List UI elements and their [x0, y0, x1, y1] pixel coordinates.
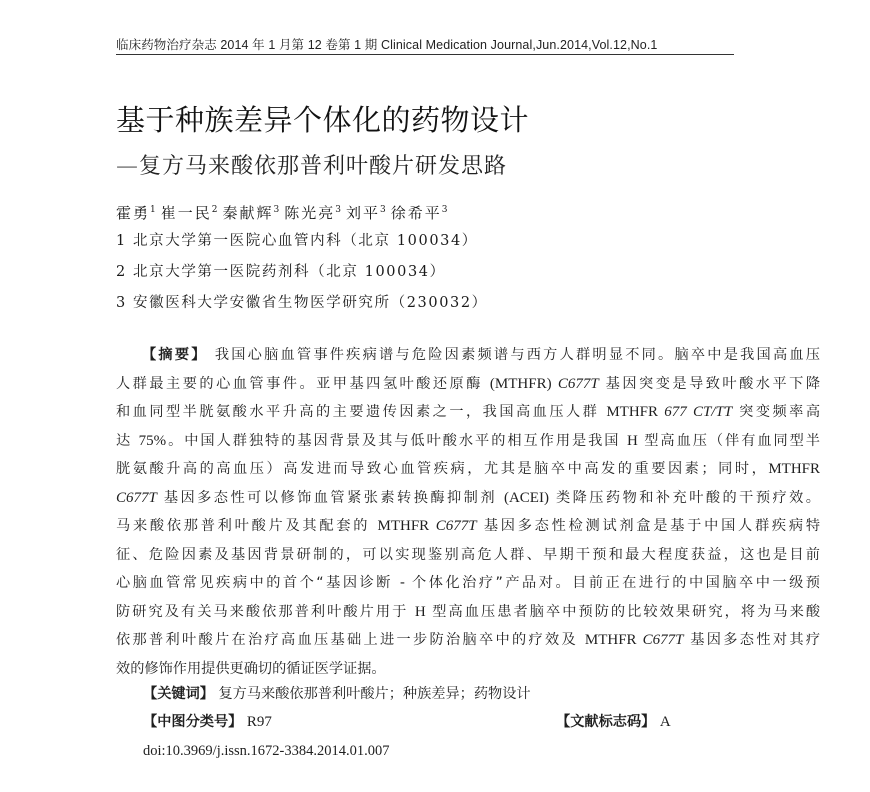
abstract-text: 基因突变是导致叶酸水平下降 — [599, 376, 820, 392]
abstract-text: 防研究及有关马来酸依那普利叶酸片用于 — [116, 604, 415, 620]
abstract-text: 。中国人群独特的基因背景及其与低叶酸水平的相互作用是我国 — [166, 433, 627, 449]
author: 秦献辉3 — [223, 204, 285, 222]
article-title: 基于种族差异个体化的药物设计 — [116, 102, 529, 138]
abstract-text: 和血同型半胱氨酸水平升高的主要遗传因素之一，我国高血压人群 — [116, 404, 606, 420]
abstract-text: 人群最主要的心血管事件。亚甲基四氢叶酸还原酶 — [116, 376, 490, 392]
gene-symbol: C677T — [436, 518, 477, 534]
classification-label: 【中图分类号】 — [143, 714, 242, 730]
article-subtitle: —复方马来酸依那普利叶酸片研发思路 — [116, 152, 507, 182]
classification-value: R97 — [247, 714, 272, 730]
abstract-text: 征、危险因素及基因背景研制的，可以实现鉴别高危人群、早期干预和最大程度获益，这也… — [116, 547, 820, 563]
abstract-line: 征、危险因素及基因背景研制的，可以实现鉴别高危人群、早期干预和最大程度获益，这也… — [116, 541, 820, 570]
document-code-value: A — [660, 714, 671, 730]
abstract-text: MTHFR — [377, 518, 435, 534]
abstract-line: 马来酸依那普利叶酸片及其配套的 MTHFR C677T 基因多态性检测试剂盒是基… — [116, 512, 820, 541]
abstract-text: 基因多态性可以修饰血管紧张素转换酶抑制剂 — [157, 490, 504, 506]
abstract-line: 依那普利叶酸片在治疗高血压基础上进一步防治脑卒中的疗效及 MTHFR C677T… — [116, 626, 820, 655]
abstract-text: MTHFR — [585, 632, 643, 648]
affiliation-marker: 2 — [212, 205, 218, 215]
abstract-line: 效的修饰作用提供更确切的循证医学证据。 — [116, 655, 820, 684]
gene-symbol: C677T — [116, 490, 157, 506]
abstract-line: 【摘要】 我国心脑血管事件疾病谱与危险因素频谱与西方人群明显不同。脑卒中是我国高… — [116, 341, 820, 370]
abstract-text: 我国心脑血管事件疾病谱与危险因素频谱与西方人群明显不同。脑卒中是我国高血压 — [215, 347, 820, 363]
abstract-text: 依那普利叶酸片在治疗高血压基础上进一步防治脑卒中的疗效及 — [116, 632, 585, 648]
abstract-text: 基因多态性对其疗 — [683, 632, 820, 648]
gene-symbol: C677T — [558, 376, 599, 392]
keywords-value: 复方马来酸依那普利叶酸片；种族差异；药物设计 — [218, 686, 530, 702]
document-code-label: 【文献标志码】 — [556, 714, 655, 730]
gene-symbol: C677T — [643, 632, 684, 648]
affiliation-2: 2 北京大学第一医院药剂科（北京 100034） — [116, 262, 446, 282]
abstract-label: 【摘要】 — [142, 347, 215, 363]
abstract: 【摘要】 我国心脑血管事件疾病谱与危险因素频谱与西方人群明显不同。脑卒中是我国高… — [116, 341, 820, 683]
header-rule — [116, 54, 734, 55]
journal-name-en: Clinical Medication Journal,Jun.2014,Vol… — [381, 38, 658, 52]
abstract-text: 75% — [139, 433, 167, 449]
abstract-line: C677T 基因多态性可以修饰血管紧张素转换酶抑制剂 (ACEI) 类降压药物和… — [116, 484, 820, 513]
doi: doi:10.3969/j.issn.1672-3384.2014.01.007 — [143, 741, 390, 761]
affiliation-marker: 1 — [150, 205, 156, 215]
affiliation-marker: 3 — [335, 205, 341, 215]
abstract-text: H — [627, 433, 638, 449]
author-list: 霍勇1崔一民2秦献辉3陈光亮3刘平3徐希平3 — [116, 199, 453, 224]
abstract-text: 突变频率高 — [732, 404, 820, 420]
abstract-text: MTHFR — [606, 404, 664, 420]
author: 霍勇1 — [116, 204, 161, 222]
abstract-text: 效的修饰作用提供更确切的循证医学证据。 — [116, 661, 386, 677]
keywords-label: 【关键词】 — [143, 686, 214, 702]
abstract-text: 基因多态性检测试剂盒是基于中国人群疾病特 — [477, 518, 820, 534]
affiliation-3: 3 安徽医科大学安徽省生物医学研究所（230032） — [116, 293, 488, 313]
abstract-line: 和血同型半胱氨酸水平升高的主要遗传因素之一，我国高血压人群 MTHFR 677 … — [116, 398, 820, 427]
abstract-line: 人群最主要的心血管事件。亚甲基四氢叶酸还原酶 (MTHFR) C677T 基因突… — [116, 370, 820, 399]
author: 陈光亮3 — [284, 204, 346, 222]
abstract-text: 马来酸依那普利叶酸片及其配套的 — [116, 518, 377, 534]
abstract-text: MTHFR — [768, 461, 820, 477]
abstract-line: 心脑血管常见疾病中的首个“基因诊断 - 个体化治疗”产品对。目前正在进行的中国脑… — [116, 569, 820, 598]
running-header: 临床药物治疗杂志 2014 年 1 月第 12 卷第 1 期 Clinical … — [116, 37, 734, 53]
document-code: 【文献标志码】 A — [556, 712, 671, 732]
affiliation-1: 1 北京大学第一医院心血管内科（北京 100034） — [116, 231, 478, 251]
abstract-text: 类降压药物和补充叶酸的干预疗效。 — [549, 490, 820, 506]
author: 徐希平3 — [391, 204, 453, 222]
gene-symbol: 677 CT/TT — [664, 404, 732, 420]
abstract-line: 防研究及有关马来酸依那普利叶酸片用于 H 型高血压患者脑卒中预防的比较效果研究，… — [116, 598, 820, 627]
abstract-text: 达 — [116, 433, 139, 449]
abstract-text: H — [415, 604, 426, 620]
abstract-line: 胱氨酸升高的高血压）高发进而导致心血管疾病，尤其是脑卒中高发的重要因素；同时，M… — [116, 455, 820, 484]
affiliation-marker: 3 — [274, 205, 280, 215]
abstract-text: 型高血压（伴有血同型半 — [638, 433, 820, 449]
abstract-text: 型高血压患者脑卒中预防的比较效果研究，将为马来酸 — [426, 604, 820, 620]
abstract-text: 心脑血管常见疾病中的首个“基因诊断 - 个体化治疗”产品对。目前正在进行的中国脑… — [116, 575, 820, 591]
abstract-text: (MTHFR) — [490, 376, 558, 392]
affiliation-marker: 3 — [380, 205, 386, 215]
keywords: 【关键词】 复方马来酸依那普利叶酸片；种族差异；药物设计 — [143, 684, 531, 704]
author: 刘平3 — [346, 204, 391, 222]
affiliation-marker: 3 — [442, 205, 448, 215]
author: 崔一民2 — [161, 204, 223, 222]
abstract-text: 胱氨酸升高的高血压）高发进而导致心血管疾病，尤其是脑卒中高发的重要因素；同时， — [116, 461, 768, 477]
abstract-line: 达 75%。中国人群独特的基因背景及其与低叶酸水平的相互作用是我国 H 型高血压… — [116, 427, 820, 456]
journal-name-cn: 临床药物治疗杂志 2014 年 1 月第 12 卷第 1 期 — [116, 38, 377, 52]
classification-number: 【中图分类号】 R97 — [143, 712, 272, 732]
abstract-text: (ACEI) — [504, 490, 549, 506]
